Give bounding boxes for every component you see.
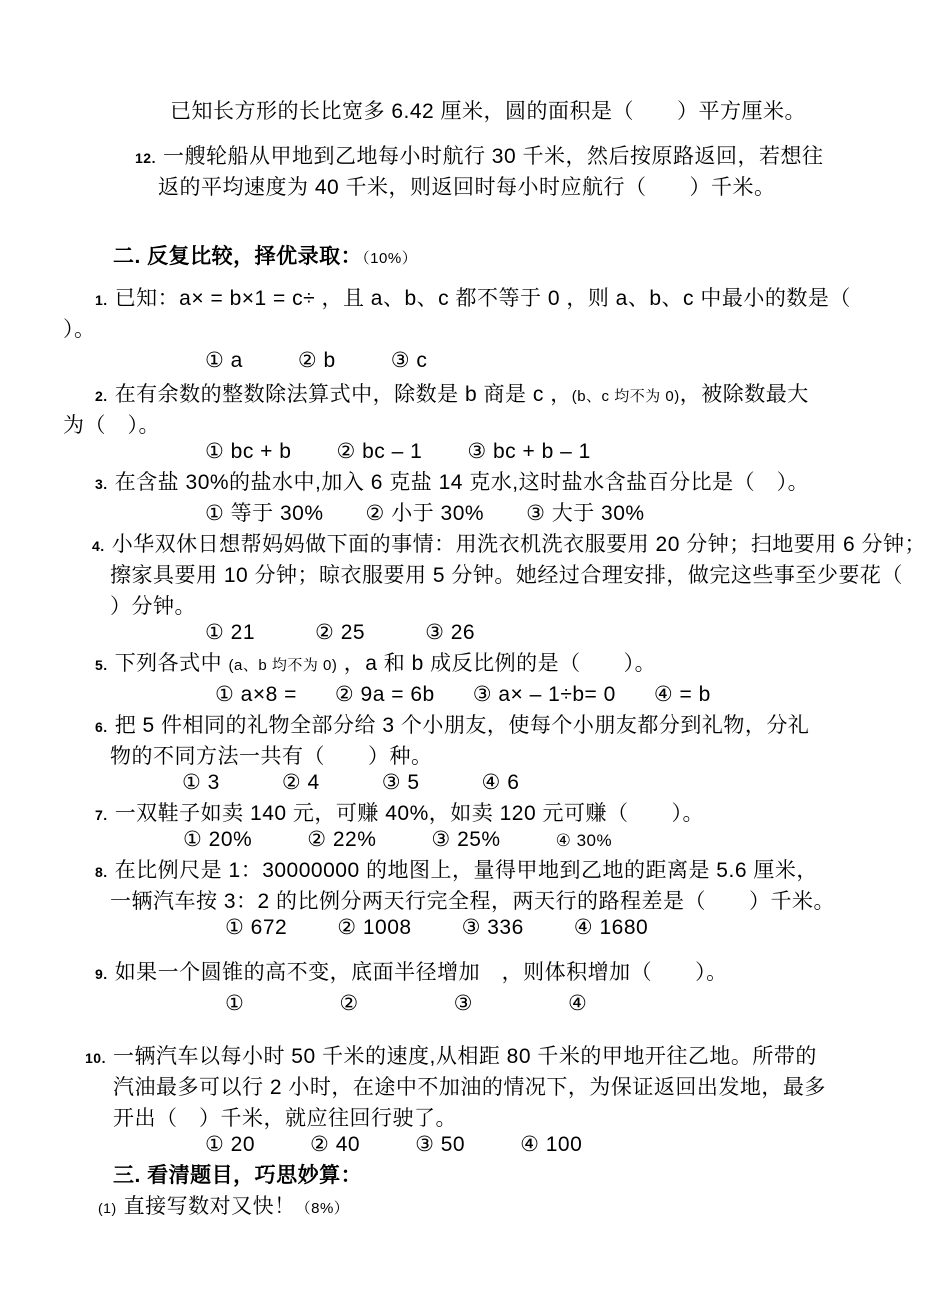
question-text: 一双鞋子如卖 140 元，可赚 40%，如卖 120 元可赚（ ）。 (115, 802, 704, 825)
question-number: 6. (95, 719, 108, 735)
option: ③ a× – 1÷b= 0 (473, 679, 616, 710)
question-number: 1. (95, 292, 108, 308)
question-8-line-1: 8.在比例尺是 1：30000000 的地图上，量得甲地到乙地的距离是 5.6 … (0, 855, 950, 886)
question-number: 12. (135, 150, 156, 166)
question-note: (b、c 均不为 0) (572, 388, 680, 405)
option: ① 3 (182, 767, 220, 798)
question-text: 已知：a× = b×1 = c÷ ，且 a、b、c 都不等于 0 ，则 a、b、… (115, 287, 851, 310)
question-9-options: ① ② ③ ④ (0, 988, 950, 1019)
question-10-line-1: 10.一辆汽车以每小时 50 千米的速度,从相距 80 千米的甲地开往乙地。所带… (0, 1041, 950, 1072)
option: ② 9a = 6b (335, 679, 435, 710)
question-number: 4. (92, 538, 105, 554)
option: ① (225, 988, 244, 1019)
question-5-options: ① a×8 = ② 9a = 6b ③ a× – 1÷b= 0 ④ = b (0, 679, 950, 710)
option: ② 40 (310, 1129, 360, 1160)
question-number: 9. (95, 966, 108, 982)
question-text: 擦家具要用 10 分钟；晾衣服要用 5 分钟。她经过合理安排，做完这些事至少要花… (110, 564, 903, 587)
question-note: (a、b 均不为 0) (229, 657, 338, 674)
option: ① 20% (183, 824, 252, 855)
option: ② bc – 1 (336, 436, 422, 467)
section-title: 二. 反复比较，择优录取： (113, 245, 362, 268)
question-text: ）。 (63, 318, 96, 341)
option: ① 672 (225, 912, 287, 943)
option: ③ 50 (415, 1129, 465, 1160)
question-2-line-1: 2.在有余数的整数除法算式中，除数是 b 商是 c ，(b、c 均不为 0)，被… (0, 379, 950, 410)
question-text: 汽油最多可以行 2 小时，在途中不加油的情况下，为保证返回出发地，最多 (113, 1076, 826, 1099)
question-text: 下列各式中 (115, 652, 229, 675)
option: ② 22% (307, 824, 376, 855)
question-number: 2. (95, 388, 108, 404)
option: ④ 100 (520, 1129, 582, 1160)
option: ③ 大于 30% (526, 498, 645, 529)
section-3-item-1: (1)直接写数对又快！（8%） (0, 1191, 950, 1222)
item-number: (1) (98, 1200, 117, 1216)
question-4-line-1: 4.小华双休日想帮妈妈做下面的事情：用洗衣机洗衣服要用 20 分钟；扫地要用 6… (0, 529, 950, 560)
option: ③ 26 (425, 617, 475, 648)
option: ② 1008 (337, 912, 411, 943)
question-12-line-2: 返的平均速度为 40 千米，则返回时每小时应航行（ ）千米。 (0, 172, 950, 203)
question-1-line-2: ）。 (0, 314, 950, 345)
question-6-line-1: 6.把 5 件相同的礼物全部分给 3 个小朋友，使每个小朋友都分到礼物，分礼 (0, 710, 950, 741)
option: ③ bc + b – 1 (467, 436, 590, 467)
option: ② (339, 988, 358, 1019)
section-score: （10%） (362, 250, 417, 267)
question-text: 一辆汽车以每小时 50 千米的速度,从相距 80 千米的甲地开往乙地。所带的 (113, 1045, 817, 1068)
question-3-options: ① 等于 30% ② 小于 30% ③ 大于 30% (0, 498, 950, 529)
option: ① 21 (205, 617, 255, 648)
item-score: （8%） (296, 1200, 350, 1217)
question-text: 物的不同方法一共有（ ）种。 (110, 745, 433, 768)
question-12-line-1: 12.一艘轮船从甲地到乙地每小时航行 30 千米，然后按原路返回，若想往 (0, 141, 950, 172)
question-4-line-2: 擦家具要用 10 分钟；晾衣服要用 5 分钟。她经过合理安排，做完这些事至少要花… (0, 560, 950, 591)
option: ④ 30% (556, 825, 613, 856)
question-3-line-1: 3.在含盐 30%的盐水中,加入 6 克盐 14 克水,这时盐水含盐百分比是（ … (0, 467, 950, 498)
option: ③ 336 (462, 912, 524, 943)
question-text: 在含盐 30%的盐水中,加入 6 克盐 14 克水,这时盐水含盐百分比是（ ）。 (115, 471, 809, 494)
option: ② 4 (282, 767, 320, 798)
item-text: 直接写数对又快！ (124, 1195, 296, 1218)
question-text: 已知长方形的长比宽多 6.42 厘米，圆的面积是（ ）平方厘米。 (170, 100, 806, 123)
section-2-header: 二. 反复比较，择优录取：（10%） (0, 241, 950, 272)
question-text: 开出（ ）千米，就应往回行驶了。 (113, 1107, 457, 1130)
question-number: 7. (95, 807, 108, 823)
option: ① bc + b (205, 436, 291, 467)
option: ④ = b (654, 679, 711, 710)
option: ② b (298, 345, 336, 376)
option: ① a×8 = (215, 679, 297, 710)
question-text: ，被除数最大 (680, 383, 809, 406)
question-text: 把 5 件相同的礼物全部分给 3 个小朋友，使每个小朋友都分到礼物，分礼 (115, 714, 810, 737)
option: ④ 1680 (574, 912, 648, 943)
option: ④ (568, 988, 587, 1019)
section-title: 三. 看清题目，巧思妙算： (113, 1164, 362, 1187)
question-text: ）分钟。 (110, 595, 196, 618)
question-text: 如果一个圆锥的高不变，底面半径增加 ，则体积增加（ ）。 (115, 961, 728, 984)
option: ① 等于 30% (205, 498, 324, 529)
option: ② 25 (315, 617, 365, 648)
question-text: 为（ ）。 (63, 414, 160, 437)
question-5-line-1: 5.下列各式中 (a、b 均不为 0) ，a 和 b 成反比例的是（ ）。 (0, 648, 950, 679)
question-text: 在比例尺是 1：30000000 的地图上，量得甲地到乙地的距离是 5.6 厘米… (115, 859, 818, 882)
option: ③ c (391, 345, 428, 376)
option: ③ (454, 988, 473, 1019)
question-number: 5. (95, 657, 108, 673)
section-3-header: 三. 看清题目，巧思妙算： (0, 1160, 950, 1191)
question-number: 8. (95, 864, 108, 880)
option: ② 小于 30% (366, 498, 485, 529)
question-11-continuation: 已知长方形的长比宽多 6.42 厘米，圆的面积是（ ）平方厘米。 (0, 96, 950, 127)
question-1-options: ① a ② b ③ c (0, 345, 950, 376)
question-number: 3. (95, 476, 108, 492)
question-10-line-2: 汽油最多可以行 2 小时，在途中不加油的情况下，为保证返回出发地，最多 (0, 1072, 950, 1103)
question-text: 返的平均速度为 40 千米，则返回时每小时应航行（ ）千米。 (158, 176, 776, 199)
question-text: 一辆汽车按 3：2 的比例分两天行完全程，两天行的路程差是（ ）千米。 (110, 890, 835, 913)
question-text: 一艘轮船从甲地到乙地每小时航行 30 千米，然后按原路返回，若想往 (163, 145, 824, 168)
question-text: 在有余数的整数除法算式中，除数是 b 商是 c ， (115, 383, 572, 406)
document-page: 已知长方形的长比宽多 6.42 厘米，圆的面积是（ ）平方厘米。 12.一艘轮船… (0, 0, 950, 1316)
question-text: 小华双休日想帮妈妈做下面的事情：用洗衣机洗衣服要用 20 分钟；扫地要用 6 分… (112, 533, 926, 556)
question-text: ，a 和 b 成反比例的是（ ）。 (337, 652, 656, 675)
option: ④ 6 (482, 767, 520, 798)
option: ① a (205, 345, 243, 376)
question-9-line-1: 9.如果一个圆锥的高不变，底面半径增加 ，则体积增加（ ）。 (0, 957, 950, 988)
question-number: 10. (85, 1050, 106, 1066)
question-1-line-1: 1.已知：a× = b×1 = c÷ ，且 a、b、c 都不等于 0 ，则 a、… (0, 283, 950, 314)
option: ① 20 (205, 1129, 255, 1160)
option: ③ 25% (431, 824, 500, 855)
option: ③ 5 (382, 767, 420, 798)
